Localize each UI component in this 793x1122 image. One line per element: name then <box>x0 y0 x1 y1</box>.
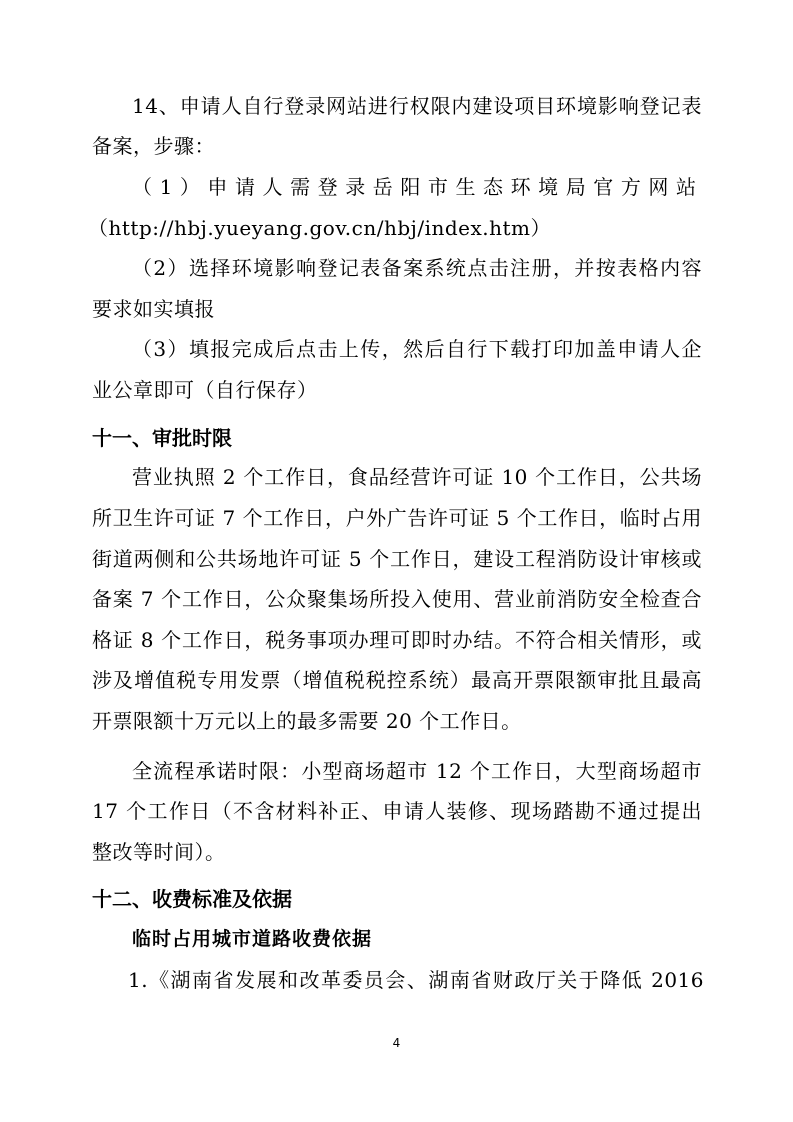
s11-para2-line1: 全流程承诺时限：小型商场超市 12 个工作日，大型商场超市 <box>132 757 702 785</box>
s11-para1-line4: 备案 7 个工作日，公众聚集场所投入使用、营业前消防安全检查合 <box>92 585 702 613</box>
s11-para2-line3: 整改等时间）。 <box>92 838 702 866</box>
section-12-subheading: 临时占用城市道路收费依据 <box>132 925 372 953</box>
step3-line1: （3）填报完成后点击上传，然后自行下载打印加盖申请人企 <box>132 335 702 363</box>
s12-item1: 1.《湖南省发展和改革委员会、湖南省财政厅关于降低 2016 <box>128 966 704 994</box>
s11-para1-line2: 所卫生许可证 7 个工作日，户外广告许可证 5 个工作日，临时占用 <box>92 504 702 532</box>
section-11-heading: 十一、审批时限 <box>92 424 232 452</box>
step1-url: （http://hbj.yueyang.gov.cn/hbj/index.htm… <box>88 214 698 242</box>
s11-para1-line7: 开票限额十万元以上的最多需要 20 个工作日。 <box>92 707 702 735</box>
step1-line1: （1）申请人需登录岳阳市生态环境局官方网站 <box>132 173 702 201</box>
item14-line1: 14、申请人自行登录网站进行权限内建设项目环境影响登记表 <box>132 92 702 120</box>
page-number: 4 <box>0 1036 793 1050</box>
item14-line2: 备案，步骤： <box>92 132 702 160</box>
s11-para2-line2: 17 个工作日（不含材料补正、申请人装修、现场踏勘不通过提出 <box>92 797 702 825</box>
step2-line2: 要求如实填报 <box>92 295 702 323</box>
s11-para1-line6: 涉及增值税专用发票（增值税税控系统）最高开票限额审批且最高 <box>92 666 702 694</box>
s11-para1-line3: 街道两侧和公共场地许可证 5 个工作日，建设工程消防设计审核或 <box>92 545 702 573</box>
section-12-heading: 十二、收费标准及依据 <box>92 885 292 913</box>
s11-para1-line1: 营业执照 2 个工作日，食品经营许可证 10 个工作日，公共场 <box>132 463 702 491</box>
document-page: 14、申请人自行登录网站进行权限内建设项目环境影响登记表 备案，步骤： （1）申… <box>0 0 793 1122</box>
s11-para1-line5: 格证 8 个工作日，税务事项办理可即时办结。不符合相关情形，或 <box>92 626 702 654</box>
step2-line1: （2）选择环境影响登记表备案系统点击注册，并按表格内容 <box>132 254 702 282</box>
step3-line2: 业公章即可（自行保存） <box>92 376 702 404</box>
